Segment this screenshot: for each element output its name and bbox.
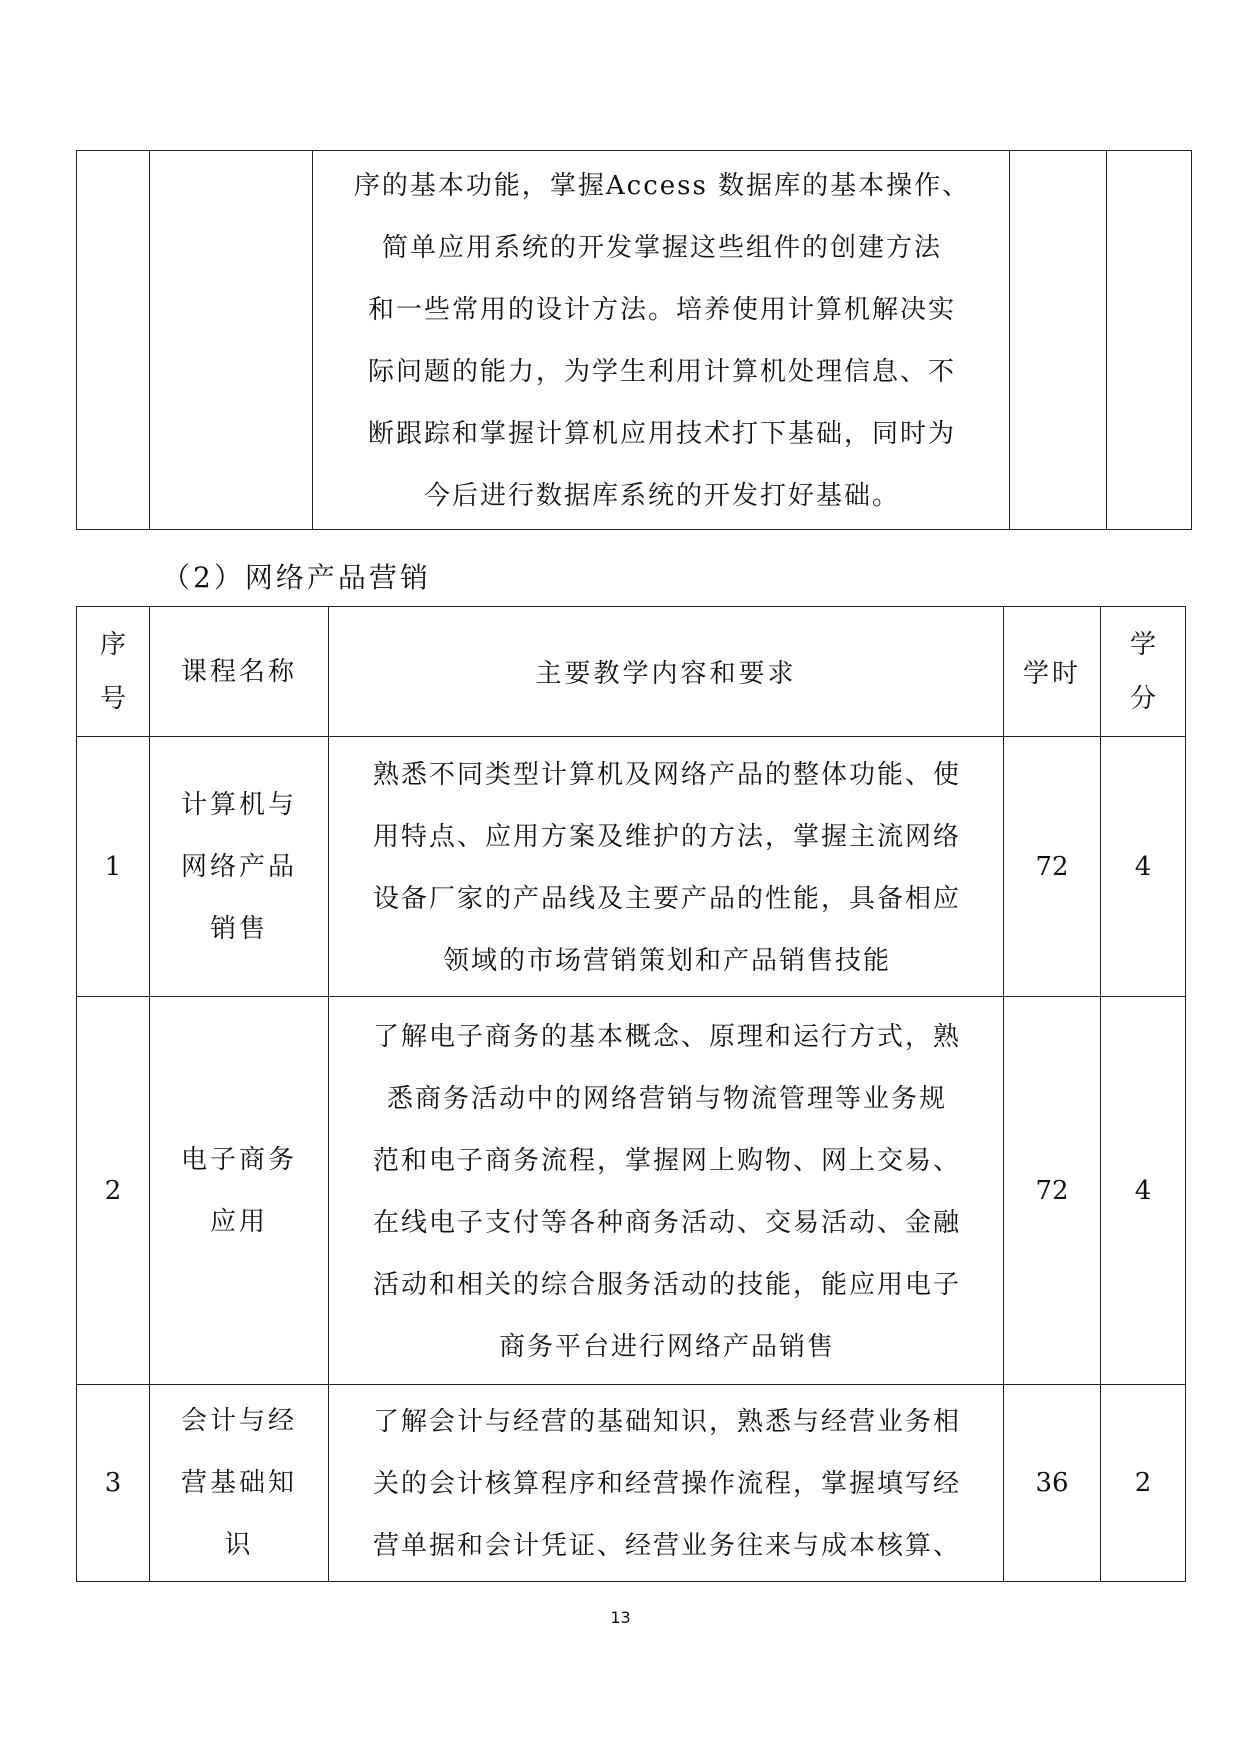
continuation-table: 序的基本功能，掌握Access 数据库的基本操作、 简单应用系统的开发掌握这些组… [76,150,1192,530]
header-credits: 学 分 [1101,607,1186,737]
content-cell: 序的基本功能，掌握Access 数据库的基本操作、 简单应用系统的开发掌握这些组… [313,151,1010,530]
section-title: （2）网络产品营销 [162,556,431,596]
header-hours: 学时 [1004,607,1101,737]
hours-cell: 36 [1004,1385,1101,1582]
header-content: 主要教学内容和要求 [329,607,1004,737]
credits-cell: 4 [1101,997,1186,1385]
page-number: 13 [0,1608,1241,1627]
header-course-name: 课程名称 [150,607,329,737]
course-name-cell [150,151,313,530]
content-line: 断跟踪和掌握计算机应用技术打下基础，同时为 [325,403,999,465]
content-line: 简单应用系统的开发掌握这些组件的创建方法 [325,217,999,279]
credits-cell [1107,151,1192,530]
content-cell: 了解电子商务的基本概念、原理和运行方式，熟 悉商务活动中的网络营销与物流管理等业… [329,997,1004,1385]
content-line: 际问题的能力，为学生利用计算机处理信息、不 [325,341,999,403]
table-row: 1 计算机与 网络产品 销售 熟悉不同类型计算机及网络产品的整体功能、使 用特点… [77,737,1186,997]
index-cell: 1 [77,737,150,997]
course-name-cell: 会计与经 营基础知 识 [150,1385,329,1582]
hours-cell: 72 [1004,997,1101,1385]
index-cell: 2 [77,997,150,1385]
content-cell: 熟悉不同类型计算机及网络产品的整体功能、使 用特点、应用方案及维护的方法，掌握主… [329,737,1004,997]
course-name-cell: 电子商务 应用 [150,997,329,1385]
table-row: 3 会计与经 营基础知 识 了解会计与经营的基础知识，熟悉与经营业务相 关的会计… [77,1385,1186,1582]
table-row: 序的基本功能，掌握Access 数据库的基本操作、 简单应用系统的开发掌握这些组… [77,151,1192,530]
index-cell [77,151,150,530]
header-row: 序 号 课程名称 主要教学内容和要求 学时 学 分 [77,607,1186,737]
course-name-cell: 计算机与 网络产品 销售 [150,737,329,997]
table-row: 2 电子商务 应用 了解电子商务的基本概念、原理和运行方式，熟 悉商务活动中的网… [77,997,1186,1385]
content-cell: 了解会计与经营的基础知识，熟悉与经营业务相 关的会计核算程序和经营操作流程，掌握… [329,1385,1004,1582]
content-line: 序的基本功能，掌握Access 数据库的基本操作、 [325,155,999,217]
course-table: 序 号 课程名称 主要教学内容和要求 学时 学 分 1 计算机与 网络产品 销售… [76,606,1186,1582]
credits-cell: 4 [1101,737,1186,997]
credits-cell: 2 [1101,1385,1186,1582]
index-cell: 3 [77,1385,150,1582]
content-line: 和一些常用的设计方法。培养使用计算机解决实 [325,279,999,341]
header-index: 序 号 [77,607,150,737]
content-line: 今后进行数据库系统的开发打好基础。 [325,465,999,527]
hours-cell [1010,151,1107,530]
hours-cell: 72 [1004,737,1101,997]
